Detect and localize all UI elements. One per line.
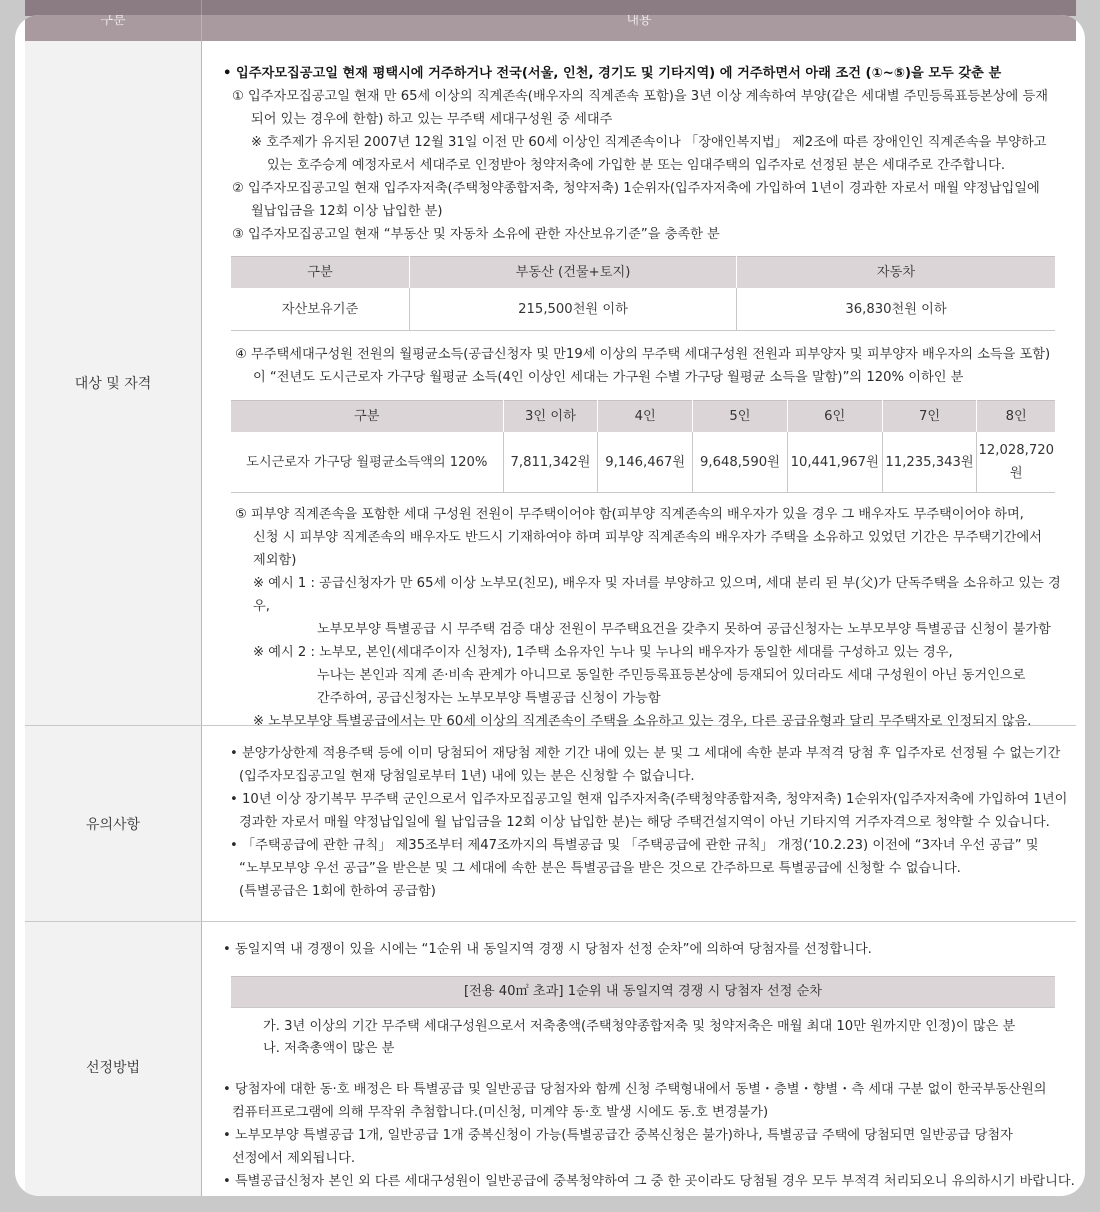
header-col-content: 내용	[202, 15, 1076, 41]
caution-2-cont: 경과한 자로서 매월 약정납입일에 월 납입금을 12회 이상 납입한 분)는 …	[230, 811, 1076, 834]
caution-3: • 「주택공급에 관한 규칙」 제35조부터 제47조까지의 특별공급 및 「주…	[230, 834, 1076, 857]
table-header: 구분 내용	[25, 15, 1076, 41]
income-standard-table: 구분 3인 이하 4인 5인 6인 7인 8인 도시근로자 가구당 월평균소득액…	[231, 400, 1055, 493]
example-1: ※ 예시 1 : 공급신청자가 만 65세 이상 노부모(친모), 배우자 및 …	[223, 572, 1076, 618]
condition-1-note: ※ 호주제가 유지된 2007년 12월 31일 이전 만 60세 이상인 직계…	[223, 131, 1076, 154]
example-2: ※ 예시 2 : 노부모, 본인(세대주이자 신청자), 1주택 소유자인 누나…	[223, 641, 1076, 664]
selection-3-cont: 선정에서 제외됩니다.	[223, 1147, 1076, 1170]
condition-5-cont: 신청 시 피부양 직계존속의 배우자도 반드시 기재하여야 하며 피부양 직계존…	[223, 526, 1076, 549]
selection-3: • 노부모부양 특별공급 1개, 일반공급 1개 중복신청이 가능(특별공급간 …	[223, 1124, 1076, 1147]
condition-3: ③ 입주자모집공고일 현재 “부동산 및 자동차 소유에 관한 자산보유기준”을…	[223, 223, 1076, 246]
income-cell: 9,146,467원	[598, 432, 693, 493]
asset-cell: 36,830천원 이하	[737, 288, 1056, 331]
condition-2: ② 입주자모집공고일 현재 입주자저축(주택청약종합저축, 청약저축) 1순위자…	[223, 177, 1076, 200]
row-label-cautions: 유의사항	[25, 726, 202, 921]
ranking-order-list: 가. 3년 이상의 기간 무주택 세대구성원으로서 저축총액(주택청약종합저축 …	[231, 1007, 1055, 1068]
ranking-item: 가. 3년 이상의 기간 무주택 세대구성원으로서 저축총액(주택청약종합저축 …	[263, 1016, 1055, 1038]
selection-2-cont: 컴퓨터프로그램에 의해 무작위 추첨합니다.(미신청, 미계약 동·호 발생 시…	[223, 1101, 1076, 1124]
row-label-selection: 선정방법	[25, 922, 202, 1196]
income-header: 7인	[882, 401, 977, 433]
condition-5: ⑤ 피부양 직계존속을 포함한 세대 구성원 전원이 무주택이어야 함(피부양 …	[223, 503, 1076, 526]
income-header: 3인 이하	[503, 401, 598, 433]
asset-cell: 자산보유기준	[231, 288, 410, 331]
asset-header-realestate: 부동산 (건물+토지)	[410, 257, 737, 289]
row-content-selection: • 동일지역 내 경쟁이 있을 시에는 “1순위 내 동일지역 경쟁 시 당첨자…	[202, 922, 1076, 1196]
income-cell: 12,028,720원	[977, 432, 1055, 493]
condition-1-cont: 되어 있는 경우에 한함) 하고 있는 무주택 세대구성원 중 세대주	[223, 108, 1076, 131]
condition-1: ① 입주자모집공고일 현재 만 65세 이상의 직계존속(배우자의 직계존속 포…	[223, 85, 1076, 108]
income-header: 6인	[787, 401, 882, 433]
asset-header-category: 구분	[231, 257, 410, 289]
income-cell: 11,235,343원	[882, 432, 977, 493]
eligibility-lead: • 입주자모집공고일 현재 평택시에 거주하거나 전국(서울, 인천, 경기도 …	[223, 62, 1076, 85]
income-cell: 7,811,342원	[503, 432, 598, 493]
eligibility-table: 구분 내용 대상 및 자격 • 입주자모집공고일 현재 평택시에 거주하거나 전…	[25, 15, 1076, 1196]
income-cell: 도시근로자 가구당 월평균소득액의 120%	[231, 432, 503, 493]
caution-2: • 10년 이상 장기복무 무주택 군인으로서 입주자모집공고일 현재 입주자저…	[230, 788, 1076, 811]
condition-5-cont: 제외함)	[223, 549, 1076, 572]
caution-1-cont: (입주자모집공고일 현재 당첨일로부터 1년) 내에 있는 분은 신청할 수 없…	[230, 765, 1076, 788]
income-header: 4인	[598, 401, 693, 433]
selection-2: • 당첨자에 대한 동·호 배정은 타 특별공급 및 일반공급 당첨자와 함께 …	[223, 1078, 1076, 1101]
asset-standard-table: 구분 부동산 (건물+토지) 자동차 자산보유기준 215,500천원 이하 3…	[231, 256, 1055, 331]
example-2-cont: 누나는 본인과 직계 존·비속 관계가 아니므로 동일한 주민등록표등본상에 등…	[223, 664, 1076, 687]
caution-3-cont: (특별공급은 1회에 한하여 공급함)	[230, 880, 1076, 903]
caution-1: • 분양가상한제 적용주택 등에 이미 당첨되어 재당첨 제한 기간 내에 있는…	[230, 742, 1076, 765]
income-header: 구분	[231, 401, 503, 433]
ranking-item: 나. 저축총액이 많은 분	[263, 1038, 1055, 1060]
row-content-cautions: • 분양가상한제 적용주택 등에 이미 당첨되어 재당첨 제한 기간 내에 있는…	[202, 726, 1076, 921]
income-cell: 9,648,590원	[693, 432, 788, 493]
income-header: 8인	[977, 401, 1055, 433]
income-header: 5인	[693, 401, 788, 433]
condition-2-cont: 월납입금을 12회 이상 납입한 분)	[223, 200, 1076, 223]
condition-4: ④ 무주택세대구성원 전원의 월평균소득(공급신청자 및 만19세 이상의 무주…	[223, 343, 1076, 366]
ranking-order-box: [전용 40㎡ 초과] 1순위 내 동일지역 경쟁 시 당첨자 선정 순차 가.…	[231, 976, 1055, 1068]
selection-1: • 동일지역 내 경쟁이 있을 시에는 “1순위 내 동일지역 경쟁 시 당첨자…	[223, 938, 1076, 961]
row-content-eligibility: • 입주자모집공고일 현재 평택시에 거주하거나 전국(서울, 인천, 경기도 …	[202, 41, 1076, 725]
condition-4-cont: 이 “전년도 도시근로자 가구당 월평균 소득(4인 이상인 세대는 가구원 수…	[223, 366, 1076, 389]
row-label-eligibility: 대상 및 자격	[25, 41, 202, 725]
header-col-category: 구분	[25, 15, 202, 41]
example-1-cont: 노부모부양 특별공급 시 무주택 검증 대상 전원이 무주택요건을 갖추지 못하…	[223, 618, 1076, 641]
income-cell: 10,441,967원	[787, 432, 882, 493]
caution-3-cont: “노부모부양 우선 공급”을 받은분 및 그 세대에 속한 분은 특별공급을 받…	[230, 857, 1076, 880]
asset-cell: 215,500천원 이하	[410, 288, 737, 331]
selection-4: • 특별공급신청자 본인 외 다른 세대구성원이 일반공급에 중복청약하여 그 …	[223, 1170, 1076, 1193]
example-2-cont: 간주하여, 공급신청자는 노부모부양 특별공급 신청이 가능함	[223, 687, 1076, 710]
asset-header-vehicle: 자동차	[737, 257, 1056, 289]
row-eligibility: 대상 및 자격 • 입주자모집공고일 현재 평택시에 거주하거나 전국(서울, …	[25, 41, 1076, 726]
content-card: 구분 내용 대상 및 자격 • 입주자모집공고일 현재 평택시에 거주하거나 전…	[15, 15, 1085, 1196]
ranking-order-title: [전용 40㎡ 초과] 1순위 내 동일지역 경쟁 시 당첨자 선정 순차	[231, 976, 1055, 1007]
row-selection: 선정방법 • 동일지역 내 경쟁이 있을 시에는 “1순위 내 동일지역 경쟁 …	[25, 922, 1076, 1196]
condition-1-note-cont: 있는 호주승계 예정자로서 세대주로 인정받아 청약저축에 가입한 분 또는 임…	[223, 154, 1076, 177]
header-top-strip	[25, 0, 1076, 16]
row-cautions: 유의사항 • 분양가상한제 적용주택 등에 이미 당첨되어 재당첨 제한 기간 …	[25, 726, 1076, 922]
